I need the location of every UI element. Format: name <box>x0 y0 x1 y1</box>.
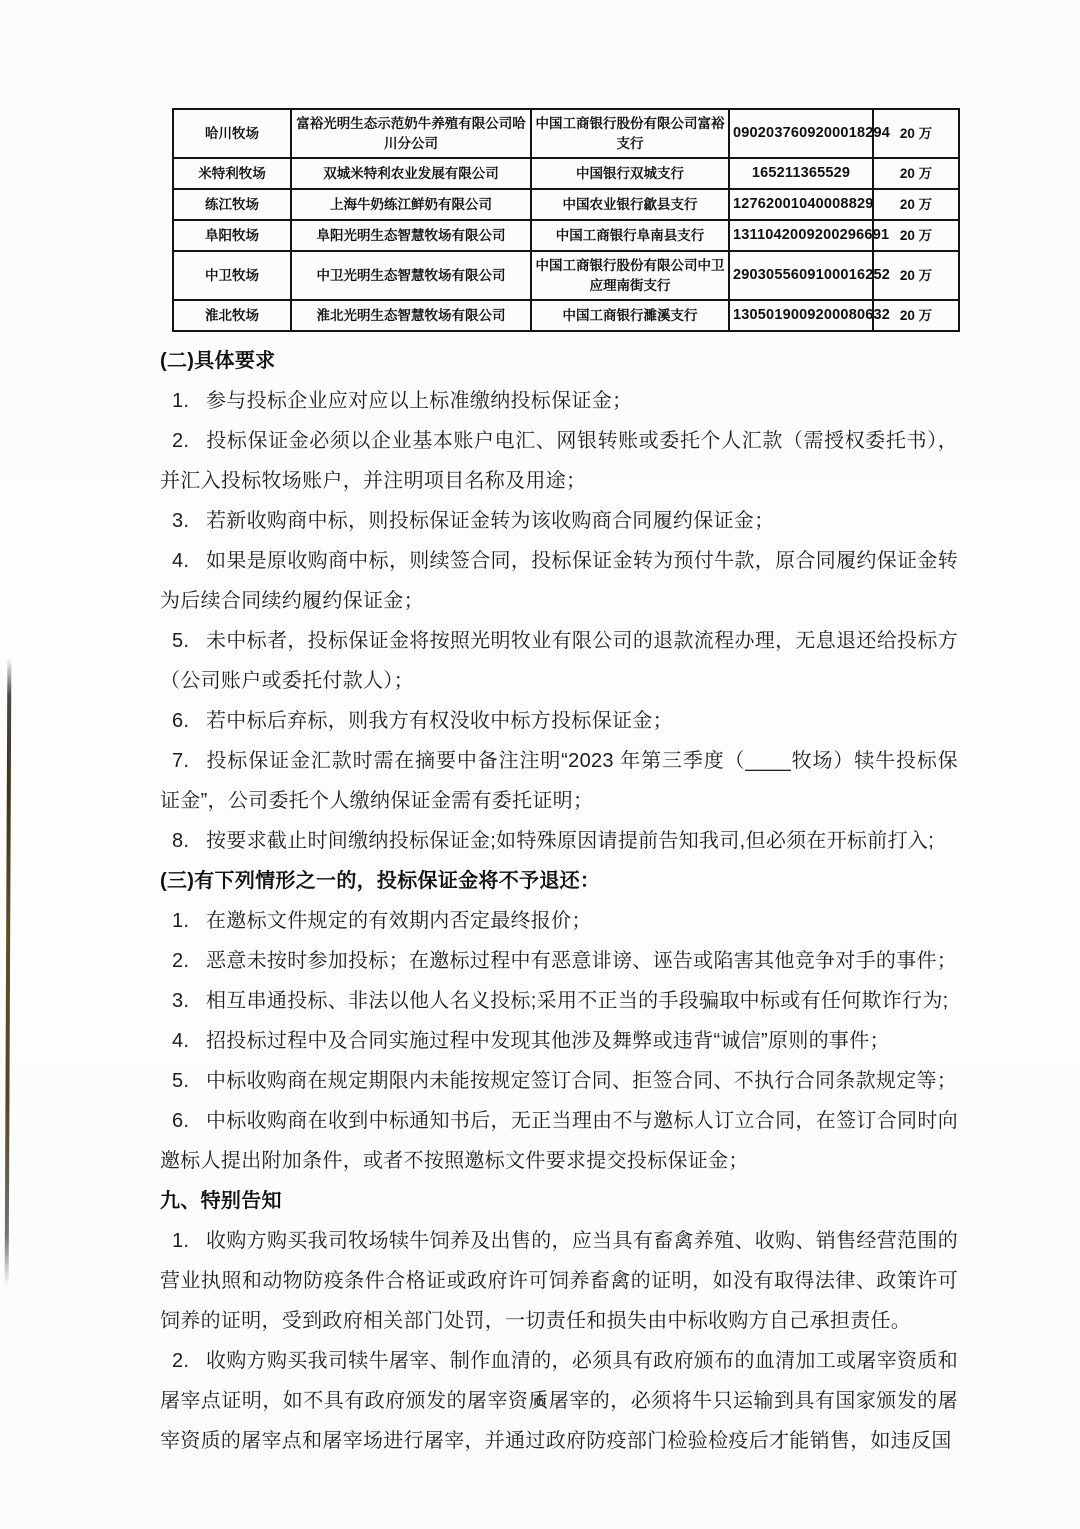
cell-company: 富裕光明生态示范奶牛养殖有限公司哈川分公司 <box>291 109 531 158</box>
list-item: 6.中标收购商在收到中标通知书后，无正当理由不与邀标人订立合同，在签订合同时向邀… <box>160 1101 958 1181</box>
cell-farm: 练江牧场 <box>173 189 291 220</box>
cell-bank: 中国工商银行股份有限公司富裕支行 <box>531 109 729 158</box>
cell-bank: 中国工商银行股份有限公司中卫应理南街支行 <box>531 251 729 300</box>
item-number: 6. <box>172 1101 206 1141</box>
farm-deposit-table: 哈川牧场富裕光明生态示范奶牛养殖有限公司哈川分公司中国工商银行股份有限公司富裕支… <box>172 108 960 332</box>
item-number: 3. <box>172 981 206 1021</box>
cell-account: 1305019009200080632 <box>729 300 873 331</box>
document-content: 哈川牧场富裕光明生态示范奶牛养殖有限公司哈川分公司中国工商银行股份有限公司富裕支… <box>160 108 958 1461</box>
section-heading: (三)有下列情形之一的，投标保证金将不予退还： <box>160 861 958 901</box>
item-number: 2. <box>172 1341 206 1381</box>
list-item: 5.未中标者，投标保证金将按照光明牧业有限公司的退款流程办理，无息退还给投标方（… <box>160 621 958 701</box>
cell-account: 2903055609100016252 <box>729 251 873 300</box>
list-item: 1.在邀标文件规定的有效期内否定最终报价； <box>160 901 958 941</box>
cell-amount: 20 万 <box>873 189 959 220</box>
list-item: 4.如果是原收购商中标，则续签合同，投标保证金转为预付牛款，原合同履约保证金转为… <box>160 541 958 621</box>
cell-account: 0902037609200018294 <box>729 109 873 158</box>
item-number: 5. <box>172 1061 206 1101</box>
list-item: 5.中标收购商在规定期限内未能按规定签订合同、拒签合同、不执行合同条款规定等； <box>160 1061 958 1101</box>
table-row: 淮北牧场淮北光明生态智慧牧场有限公司中国工商银行濉溪支行130501900920… <box>173 300 959 331</box>
table-row: 练江牧场上海牛奶练江鲜奶有限公司中国农业银行歙县支行12762001040008… <box>173 189 959 220</box>
cell-company: 阜阳光明生态智慧牧场有限公司 <box>291 220 531 251</box>
item-number: 2. <box>172 421 206 461</box>
farm-table-body: 哈川牧场富裕光明生态示范奶牛养殖有限公司哈川分公司中国工商银行股份有限公司富裕支… <box>173 109 959 331</box>
table-row: 阜阳牧场阜阳光明生态智慧牧场有限公司中国工商银行阜南县支行13110420092… <box>173 220 959 251</box>
item-number: 6. <box>172 701 206 741</box>
cell-company: 双城米特利农业发展有限公司 <box>291 158 531 189</box>
list-item: 6.若中标后弃标，则我方有权没收中标方投标保证金； <box>160 701 958 741</box>
cell-farm: 米特利牧场 <box>173 158 291 189</box>
cell-bank: 中国工商银行阜南县支行 <box>531 220 729 251</box>
cell-company: 上海牛奶练江鲜奶有限公司 <box>291 189 531 220</box>
item-number: 3. <box>172 501 206 541</box>
list-item: 4.招投标过程中及合同实施过程中发现其他涉及舞弊或违背“诚信”原则的事件； <box>160 1021 958 1061</box>
table-row: 中卫牧场中卫光明生态智慧牧场有限公司中国工商银行股份有限公司中卫应理南街支行29… <box>173 251 959 300</box>
cell-bank: 中国银行双城支行 <box>531 158 729 189</box>
item-number: 1. <box>172 381 206 421</box>
list-item: 3.若新收购商中标，则投标保证金转为该收购商合同履约保证金； <box>160 501 958 541</box>
item-number: 1. <box>172 901 206 941</box>
page-number: 6 <box>0 1393 1080 1411</box>
cell-amount: 20 万 <box>873 158 959 189</box>
table-row: 米特利牧场双城米特利农业发展有限公司中国银行双城支行16521136552920… <box>173 158 959 189</box>
item-number: 2. <box>172 941 206 981</box>
cell-company: 中卫光明生态智慧牧场有限公司 <box>291 251 531 300</box>
cell-bank: 中国工商银行濉溪支行 <box>531 300 729 331</box>
cell-account: 1311042009200296691 <box>729 220 873 251</box>
cell-farm: 淮北牧场 <box>173 300 291 331</box>
list-item: 3.相互串通投标、非法以他人名义投标;采用不正当的手段骗取中标或有任何欺诈行为; <box>160 981 958 1021</box>
section-heading: (二)具体要求 <box>160 341 958 381</box>
cell-farm: 哈川牧场 <box>173 109 291 158</box>
section-heading: 九、特别告知 <box>160 1181 958 1221</box>
list-item: 7.投标保证金汇款时需在摘要中备注注明“2023 年第三季度（____牧场）犊牛… <box>160 741 958 821</box>
cell-bank: 中国农业银行歙县支行 <box>531 189 729 220</box>
cell-account: 12762001040008829 <box>729 189 873 220</box>
item-number: 4. <box>172 1021 206 1061</box>
item-number: 7. <box>172 741 206 781</box>
cell-account: 165211365529 <box>729 158 873 189</box>
item-number: 1. <box>172 1221 206 1261</box>
document-body: (二)具体要求1.参与投标企业应对应以上标准缴纳投标保证金；2.投标保证金必须以… <box>160 341 958 1461</box>
cell-farm: 阜阳牧场 <box>173 220 291 251</box>
list-item: 1.参与投标企业应对应以上标准缴纳投标保证金； <box>160 381 958 421</box>
list-item: 8.按要求截止时间缴纳投标保证金;如特殊原因请提前告知我司,但必须在开标前打入; <box>160 821 958 861</box>
list-item: 1.收购方购买我司牧场犊牛饲养及出售的，应当具有畜禽养殖、收购、销售经营范围的营… <box>160 1221 958 1341</box>
scanned-document-page: 哈川牧场富裕光明生态示范奶牛养殖有限公司哈川分公司中国工商银行股份有限公司富裕支… <box>0 0 1080 1529</box>
table-row: 哈川牧场富裕光明生态示范奶牛养殖有限公司哈川分公司中国工商银行股份有限公司富裕支… <box>173 109 959 158</box>
cell-farm: 中卫牧场 <box>173 251 291 300</box>
item-number: 8. <box>172 821 206 861</box>
scan-fold-artifact <box>5 658 12 1286</box>
cell-company: 淮北光明生态智慧牧场有限公司 <box>291 300 531 331</box>
list-item: 2.恶意未按时参加投标；在邀标过程中有恶意诽谤、诬告或陷害其他竞争对手的事件； <box>160 941 958 981</box>
item-number: 5. <box>172 621 206 661</box>
list-item: 2.投标保证金必须以企业基本账户电汇、网银转账或委托个人汇款（需授权委托书），并… <box>160 421 958 501</box>
item-number: 4. <box>172 541 206 581</box>
